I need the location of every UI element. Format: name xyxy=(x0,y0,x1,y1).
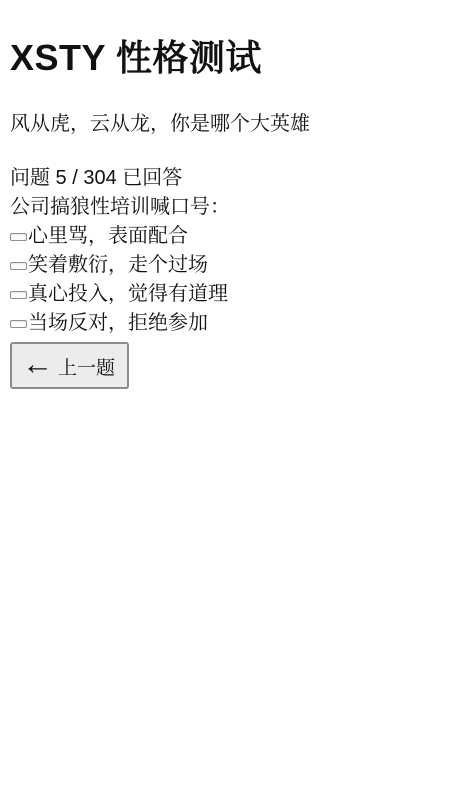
previous-question-button[interactable]: ← 上一题 xyxy=(10,342,129,389)
question-block: 问题 5 / 304 已回答 公司搞狼性培训喊口号： xyxy=(10,164,440,222)
left-arrow-icon: ← xyxy=(22,348,53,379)
question-text: 公司搞狼性培训喊口号： xyxy=(10,193,440,222)
quiz-page: { "page": { "title": "XSTY 性格测试", "subti… xyxy=(0,0,450,800)
page-subtitle: 风从虎，云从龙，你是哪个大英雄 xyxy=(10,107,440,136)
option-row[interactable]: 当场反对，拒绝参加 xyxy=(10,309,440,338)
previous-question-label: 上一题 xyxy=(58,359,115,378)
option-row[interactable]: 心里骂，表面配合 xyxy=(10,222,440,251)
progress-text: 问题 5 / 304 已回答 xyxy=(10,164,440,193)
option-label: 笑着敷衍，走个过场 xyxy=(28,254,208,276)
option-label: 真心投入，觉得有道理 xyxy=(28,283,228,305)
page-title: XSTY 性格测试 xyxy=(10,30,440,81)
checkbox-icon[interactable] xyxy=(10,233,27,241)
checkbox-icon[interactable] xyxy=(10,262,27,270)
checkbox-icon[interactable] xyxy=(10,320,27,328)
checkbox-icon[interactable] xyxy=(10,291,27,299)
option-label: 心里骂，表面配合 xyxy=(28,225,188,247)
option-row[interactable]: 真心投入，觉得有道理 xyxy=(10,280,440,309)
option-row[interactable]: 笑着敷衍，走个过场 xyxy=(10,251,440,280)
options-list: 心里骂，表面配合 笑着敷衍，走个过场 真心投入，觉得有道理 当场反对，拒绝参加 xyxy=(10,222,440,338)
option-label: 当场反对，拒绝参加 xyxy=(28,312,208,334)
